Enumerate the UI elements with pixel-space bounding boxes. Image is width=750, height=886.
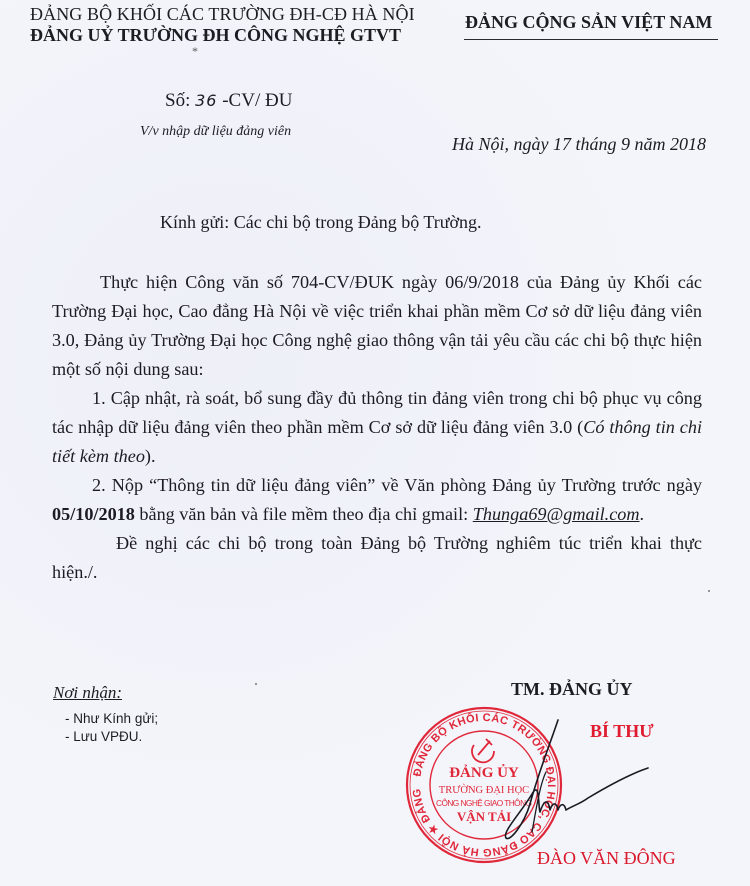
document-body: Thực hiện Công văn số 704-CV/ĐUK ngày 06… xyxy=(52,268,702,587)
item-1-end: ). xyxy=(145,446,156,466)
document-page: ĐẢNG BỘ KHỐI CÁC TRƯỜNG ĐH-CĐ HÀ NỘI ĐẢN… xyxy=(0,0,750,886)
document-number: Số: 36 -CV/ ĐU xyxy=(165,90,292,112)
signer-name: ĐÀO VĂN ĐÔNG xyxy=(537,848,676,869)
item-2-text: 2. Nộp “Thông tin dữ liệu đảng viên” về … xyxy=(92,475,702,495)
item-2-middle: bằng văn bản và file mềm theo địa chỉ gm… xyxy=(135,504,473,524)
org-line-2: ĐẢNG UỶ TRƯỜNG ĐH CÔNG NGHỆ GTVT xyxy=(30,25,360,46)
receivers-title: Nơi nhận: xyxy=(53,683,122,703)
doc-number-prefix: Số: xyxy=(165,90,190,111)
receiver-item: - Lưu VPĐU. xyxy=(65,728,158,746)
email-link[interactable]: Thunga69@gmail.com xyxy=(473,504,640,524)
receiver-item: - Như Kính gửi; xyxy=(65,710,158,728)
greeting: Kính gửi: Các chi bộ trong Đảng bộ Trườn… xyxy=(160,212,482,233)
org-line-1: ĐẢNG BỘ KHỐI CÁC TRƯỜNG ĐH-CĐ HÀ NỘI xyxy=(30,4,360,25)
party-name: ĐẢNG CỘNG SẢN VIỆT NAM xyxy=(465,12,712,33)
item-2-end: . xyxy=(640,504,645,524)
scan-speck xyxy=(255,683,257,685)
receivers-list: - Như Kính gửi; - Lưu VPĐU. xyxy=(65,710,158,746)
item-2-paragraph: 2. Nộp “Thông tin dữ liệu đảng viên” về … xyxy=(52,471,702,529)
place-date: Hà Nội, ngày 17 tháng 9 năm 2018 xyxy=(452,134,706,155)
signature-on-behalf: TM. ĐẢNG ỦY xyxy=(511,679,633,700)
doc-number-suffix: -CV/ ĐU xyxy=(222,90,292,111)
doc-number-handwritten: 36 xyxy=(195,91,217,110)
header-separator: * xyxy=(30,44,360,59)
handwritten-signature xyxy=(480,714,660,854)
intro-paragraph: Thực hiện Công văn số 704-CV/ĐUK ngày 06… xyxy=(52,268,702,384)
document-subject: V/v nhập dữ liệu đảng viên xyxy=(140,124,291,140)
scan-speck xyxy=(708,590,710,592)
closing-paragraph: Đề nghị các chi bộ trong toàn Đảng bộ Tr… xyxy=(52,529,702,587)
party-name-underline xyxy=(464,39,718,40)
item-2-deadline: 05/10/2018 xyxy=(52,504,135,524)
item-1-paragraph: 1. Cập nhật, rà soát, bổ sung đầy đủ thô… xyxy=(52,384,702,471)
